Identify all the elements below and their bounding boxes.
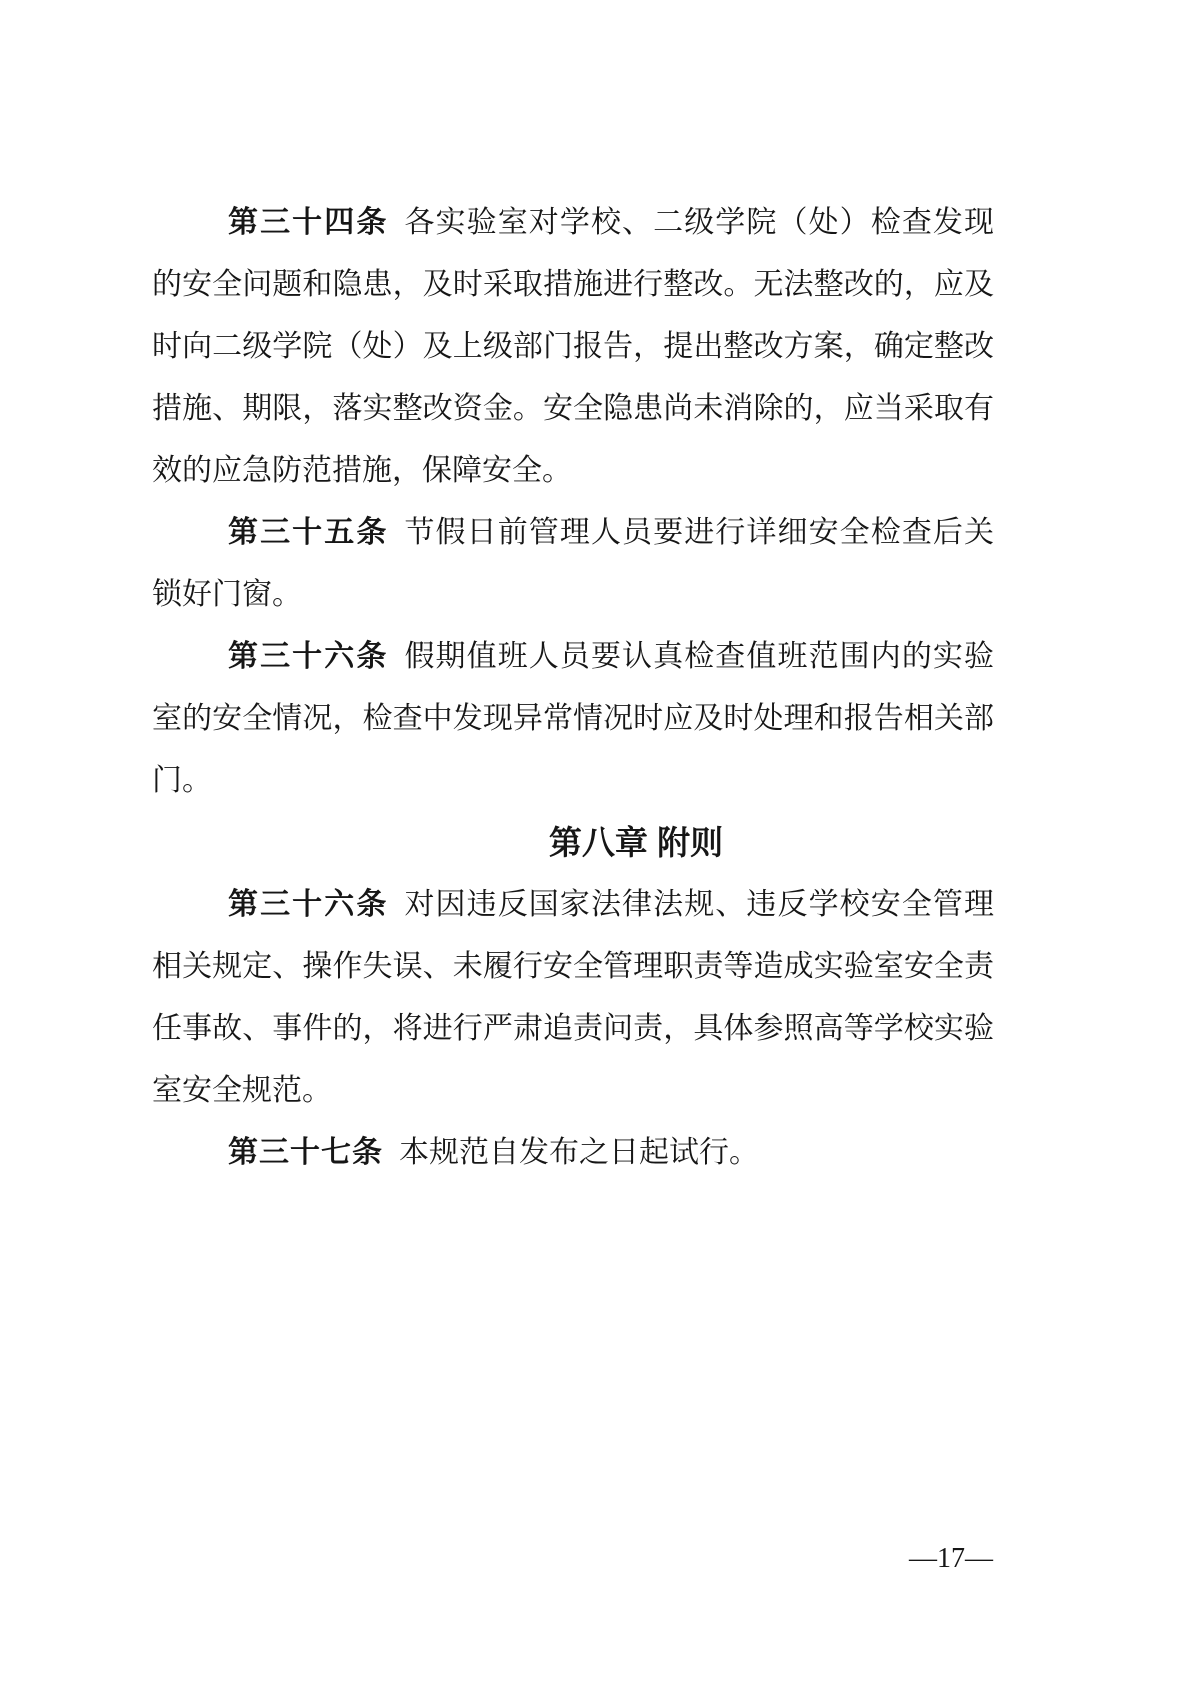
article-paragraph: 第三十四条各实验室对学校、二级学院（处）检查发现的安全问题和隐患，及时采取措施进…	[152, 192, 994, 502]
page-number: —17—	[909, 1541, 993, 1577]
article-paragraph: 第三十七条本规范自发布之日起试行。	[152, 1122, 994, 1184]
article-text: 各实验室对学校、二级学院（处）检查发现的安全问题和隐患，及时采取措施进行整改。无…	[152, 206, 994, 487]
chapter-heading: 第八章 附则	[152, 812, 994, 874]
article-paragraph: 第三十五条节假日前管理人员要进行详细安全检查后关锁好门窗。	[152, 502, 994, 626]
article-number: 第三十六条	[228, 888, 388, 921]
article-text: 本规范自发布之日起试行。	[399, 1136, 759, 1169]
document-page: 第三十四条各实验室对学校、二级学院（处）检查发现的安全问题和隐患，及时采取措施进…	[0, 0, 1191, 1684]
article-number: 第三十七条	[228, 1136, 383, 1169]
article-number: 第三十六条	[228, 640, 388, 673]
page-body: 第三十四条各实验室对学校、二级学院（处）检查发现的安全问题和隐患，及时采取措施进…	[152, 192, 994, 1184]
article-number: 第三十五条	[228, 516, 388, 549]
article-number: 第三十四条	[228, 206, 388, 239]
article-paragraph: 第三十六条对因违反国家法律法规、违反学校安全管理相关规定、操作失误、未履行安全管…	[152, 874, 994, 1122]
article-paragraph: 第三十六条假期值班人员要认真检查值班范围内的实验室的安全情况，检查中发现异常情况…	[152, 626, 994, 812]
